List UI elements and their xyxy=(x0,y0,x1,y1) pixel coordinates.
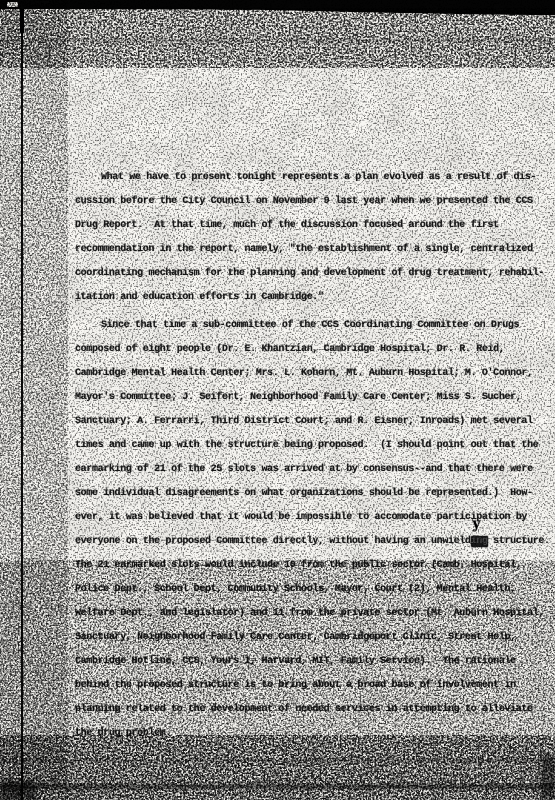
typewritten-line: Welfare Dept., and legislator) and 11 fr… xyxy=(75,602,547,626)
scan-artifact-band-notch xyxy=(7,2,18,7)
typewritten-line: Since that time a sub-committee of the C… xyxy=(75,314,547,338)
scan-artifact-vertical-line xyxy=(21,6,23,800)
typewritten-line: composed of eight people (Dr. E. Khantzi… xyxy=(75,338,547,362)
typewritten-line: Sanctuary, Neighborhood Family Care Cent… xyxy=(75,626,547,650)
typewritten-line: itation and education efforts in Cambrid… xyxy=(75,286,547,310)
typewritten-line: Sanctuary; A. Ferrarri, Third District C… xyxy=(75,410,547,434)
typewritten-line: coordinating mechanism for the planning … xyxy=(75,262,547,286)
typewritten-line: Cambridge Mental Health Center; Mrs. L. … xyxy=(75,362,547,386)
scanned-page: What we have to present tonight represen… xyxy=(0,0,555,800)
typewritten-line: the drug problem. xyxy=(75,722,547,746)
typewritten-line-with-correction: everyone on the proposed Committee direc… xyxy=(75,530,547,554)
scan-artifact-smudge-line xyxy=(0,784,555,789)
scan-artifact-vertical-line-head xyxy=(20,6,24,34)
typewritten-line: some individual disagreements on what or… xyxy=(75,482,547,506)
typewritten-line: behind the proposed structure is to brin… xyxy=(75,674,547,698)
typewritten-line: cussion before the City Council on Novem… xyxy=(75,190,547,214)
scan-artifact-corner-blob xyxy=(0,780,36,800)
typewritten-line: Police Dept., School Dept, Community Sch… xyxy=(75,578,547,602)
handwritten-inserted-letter: y xyxy=(473,517,481,532)
typewritten-line: Mayor's Committee; J. Seifert, Neighborh… xyxy=(75,386,547,410)
scan-artifact-smudge-line xyxy=(0,39,555,42)
scan-artifact-top-black-band xyxy=(0,0,555,16)
line-text-pre: everyone on the proposed Committee direc… xyxy=(75,536,471,547)
typewritten-line: planning related to the development of n… xyxy=(75,698,547,722)
line-text-post: structure. xyxy=(488,536,550,547)
typewritten-line: earmarking of 21 of the 25 slots was arr… xyxy=(75,458,547,482)
typewritten-text-block: What we have to present tonight represen… xyxy=(75,166,547,746)
typewritten-line: Drug Report. At that time, much of the d… xyxy=(75,214,547,238)
typewritten-line: times and came up with the structure bei… xyxy=(75,434,547,458)
scan-artifact-corner-blob xyxy=(541,756,555,800)
typewritten-line: Cambridge Hotline, CCS, Yours I, Harvard… xyxy=(75,650,547,674)
struck-out-text: ing xyxy=(471,536,488,547)
typewritten-line: recommendation in the report, namely, "t… xyxy=(75,238,547,262)
handwritten-correction: ingy xyxy=(471,530,488,554)
typewritten-line: The 21 earmarked slots would include 10 … xyxy=(75,554,547,578)
scan-artifact-smudge-line xyxy=(0,759,555,762)
typewritten-line: What we have to present tonight represen… xyxy=(75,166,547,190)
